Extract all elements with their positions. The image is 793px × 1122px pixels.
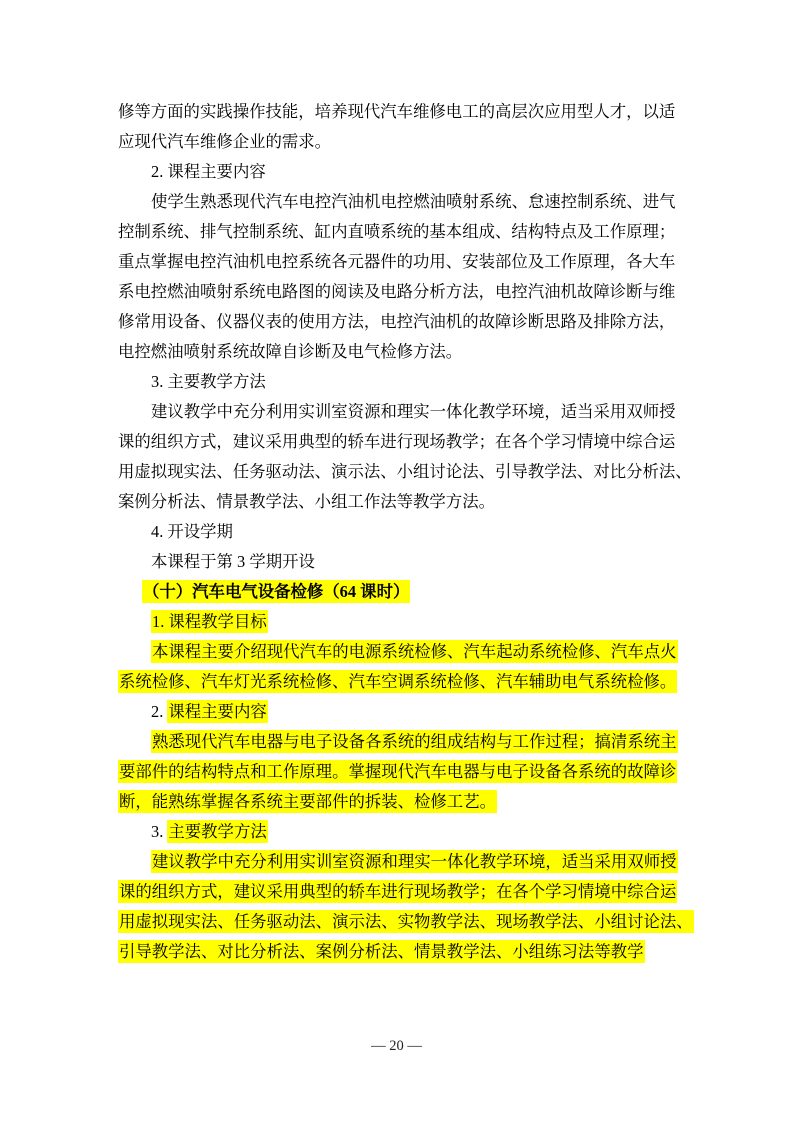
highlighted-text-run: 本课程主要介绍现代汽车的电源系统检修、汽车起动系统检修、汽车点火 xyxy=(151,640,678,663)
text-line: 重点掌握电控汽油机电控系统各元器件的功用、安装部位及工作原理，各大车 xyxy=(118,247,684,277)
text-run: 3. 主要教学方法 xyxy=(151,372,266,391)
numbered-heading: 4. 开设学期 xyxy=(118,517,684,547)
text-line: 用虚拟现实法、任务驱动法、演示法、实物教学法、现场教学法、小组讨论法、 xyxy=(118,907,684,937)
text-run: 应现代汽车维修企业的需求。 xyxy=(118,132,331,151)
text-line: 系电控燃油喷射系统电路图的阅读及电路分析方法，电控汽油机故障诊断与维 xyxy=(118,277,684,307)
highlighted-text-run: 用虚拟现实法、任务驱动法、演示法、实物教学法、现场教学法、小组讨论法、 xyxy=(118,910,694,933)
text-line: 要部件的结构特点和工作原理。掌握现代汽车电器与电子设备各系统的故障诊 xyxy=(118,757,684,787)
text-run: 使学生熟悉现代汽车电控汽油机电控燃油喷射系统、怠速控制系统、进气 xyxy=(151,192,676,211)
text-line: 本课程主要介绍现代汽车的电源系统检修、汽车起动系统检修、汽车点火 xyxy=(118,637,684,667)
document-page: 修等方面的实践操作技能，培养现代汽车维修电工的高层次应用型人才，以适 应现代汽车… xyxy=(0,0,793,1122)
text-line: 应现代汽车维修企业的需求。 xyxy=(118,127,684,157)
text-run: 2. 课程主要内容 xyxy=(151,162,266,181)
text-run: 修常用设备、仪器仪表的使用方法，电控汽油机的故障诊断思路及排除方法， xyxy=(118,312,675,331)
highlighted-text-run: 熟悉现代汽车电器与电子设备各系统的组成结构与工作过程；搞清系统主 xyxy=(151,730,678,753)
text-line: 建议教学中充分利用实训室资源和理实一体化教学环境，适当采用双师授 xyxy=(118,397,684,427)
text-line: 建议教学中充分利用实训室资源和理实一体化教学环境，适当采用双师授 xyxy=(118,847,684,877)
text-run: 重点掌握电控汽油机电控系统各元器件的功用、安装部位及工作原理，各大车 xyxy=(118,252,675,271)
text-run: 本课程于第 3 学期开设 xyxy=(151,552,315,571)
text-line: 使学生熟悉现代汽车电控汽油机电控燃油喷射系统、怠速控制系统、进气 xyxy=(118,187,684,217)
text-run: 用虚拟现实法、任务驱动法、演示法、小组讨论法、引导教学法、对比分析法、 xyxy=(118,462,692,481)
highlighted-text-run: 断，能熟练掌握各系统主要部件的拆装、检修工艺。 xyxy=(118,790,497,813)
highlighted-text-run: （十）汽车电气设备检修（64 课时） xyxy=(142,580,410,603)
text-run: 案例分析法、情景教学法、小组工作法等教学方法。 xyxy=(118,492,495,511)
numbered-heading: 2. 课程主要内容 xyxy=(118,157,684,187)
text-run: 修等方面的实践操作技能，培养现代汽车维修电工的高层次应用型人才，以适 xyxy=(118,102,675,121)
highlighted-text-run: 要部件的结构特点和工作原理。掌握现代汽车电器与电子设备各系统的故障诊 xyxy=(118,760,677,783)
text-line: 用虚拟现实法、任务驱动法、演示法、小组讨论法、引导教学法、对比分析法、 xyxy=(118,457,684,487)
text-line: 电控燃油喷射系统故障自诊断及电气检修方法。 xyxy=(118,337,684,367)
numbered-heading: 3. 主要教学方法 xyxy=(118,817,684,847)
text-line: 熟悉现代汽车电器与电子设备各系统的组成结构与工作过程；搞清系统主 xyxy=(118,727,684,757)
text-line: 课的组织方式，建议采用典型的轿车进行现场教学；在各个学习情境中综合运 xyxy=(118,877,684,907)
highlighted-text-run: 1. 课程教学目标 xyxy=(151,610,268,633)
text-line: 控制系统、排气控制系统、缸内直喷系统的基本组成、结构特点及工作原理； xyxy=(118,217,684,247)
text-line: 系统检修、汽车灯光系统检修、汽车空调系统检修、汽车辅助电气系统检修。 xyxy=(118,667,684,697)
text-run: 控制系统、排气控制系统、缸内直喷系统的基本组成、结构特点及工作原理； xyxy=(118,222,675,241)
highlighted-text-run: 课的组织方式，建议采用典型的轿车进行现场教学；在各个学习情境中综合运 xyxy=(118,880,677,903)
text-line: 本课程于第 3 学期开设 xyxy=(118,547,684,577)
text-run: 课的组织方式，建议采用典型的轿车进行现场教学；在各个学习情境中综合运 xyxy=(118,432,675,451)
text-run: 建议教学中充分利用实训室资源和理实一体化教学环境，适当采用双师授 xyxy=(151,402,676,421)
text-line: 修等方面的实践操作技能，培养现代汽车维修电工的高层次应用型人才，以适 xyxy=(118,97,684,127)
text-block: 修等方面的实践操作技能，培养现代汽车维修电工的高层次应用型人才，以适 应现代汽车… xyxy=(118,97,684,967)
text-line: 修常用设备、仪器仪表的使用方法，电控汽油机的故障诊断思路及排除方法， xyxy=(118,307,684,337)
text-run: 3. xyxy=(151,822,167,841)
highlighted-text-run: 课程主要内容 xyxy=(167,700,267,723)
text-line: 案例分析法、情景教学法、小组工作法等教学方法。 xyxy=(118,487,684,517)
text-run: 4. 开设学期 xyxy=(151,522,233,541)
text-line: 引导教学法、对比分析法、案例分析法、情景教学法、小组练习法等教学 xyxy=(118,937,684,967)
highlighted-text-run: 建议教学中充分利用实训室资源和理实一体化教学环境，适当采用双师授 xyxy=(151,850,678,873)
section-heading: （十）汽车电气设备检修（64 课时） xyxy=(118,577,684,607)
text-run: 电控燃油喷射系统故障自诊断及电气检修方法。 xyxy=(118,342,462,361)
text-run: 2. xyxy=(151,702,167,721)
numbered-heading: 1. 课程教学目标 xyxy=(118,607,684,637)
highlighted-text-run: 引导教学法、对比分析法、案例分析法、情景教学法、小组练习法等教学 xyxy=(118,940,645,963)
text-run: 系电控燃油喷射系统电路图的阅读及电路分析方法，电控汽油机故障诊断与维 xyxy=(118,282,675,301)
text-line: 课的组织方式，建议采用典型的轿车进行现场教学；在各个学习情境中综合运 xyxy=(118,427,684,457)
text-line: 断，能熟练掌握各系统主要部件的拆装、检修工艺。 xyxy=(118,787,684,817)
highlighted-text-run: 系统检修、汽车灯光系统检修、汽车空调系统检修、汽车辅助电气系统检修。 xyxy=(118,670,677,693)
page-number: — 20 — xyxy=(0,1038,793,1055)
highlighted-text-run: 主要教学方法 xyxy=(167,820,267,843)
numbered-heading: 3. 主要教学方法 xyxy=(118,367,684,397)
numbered-heading: 2. 课程主要内容 xyxy=(118,697,684,727)
